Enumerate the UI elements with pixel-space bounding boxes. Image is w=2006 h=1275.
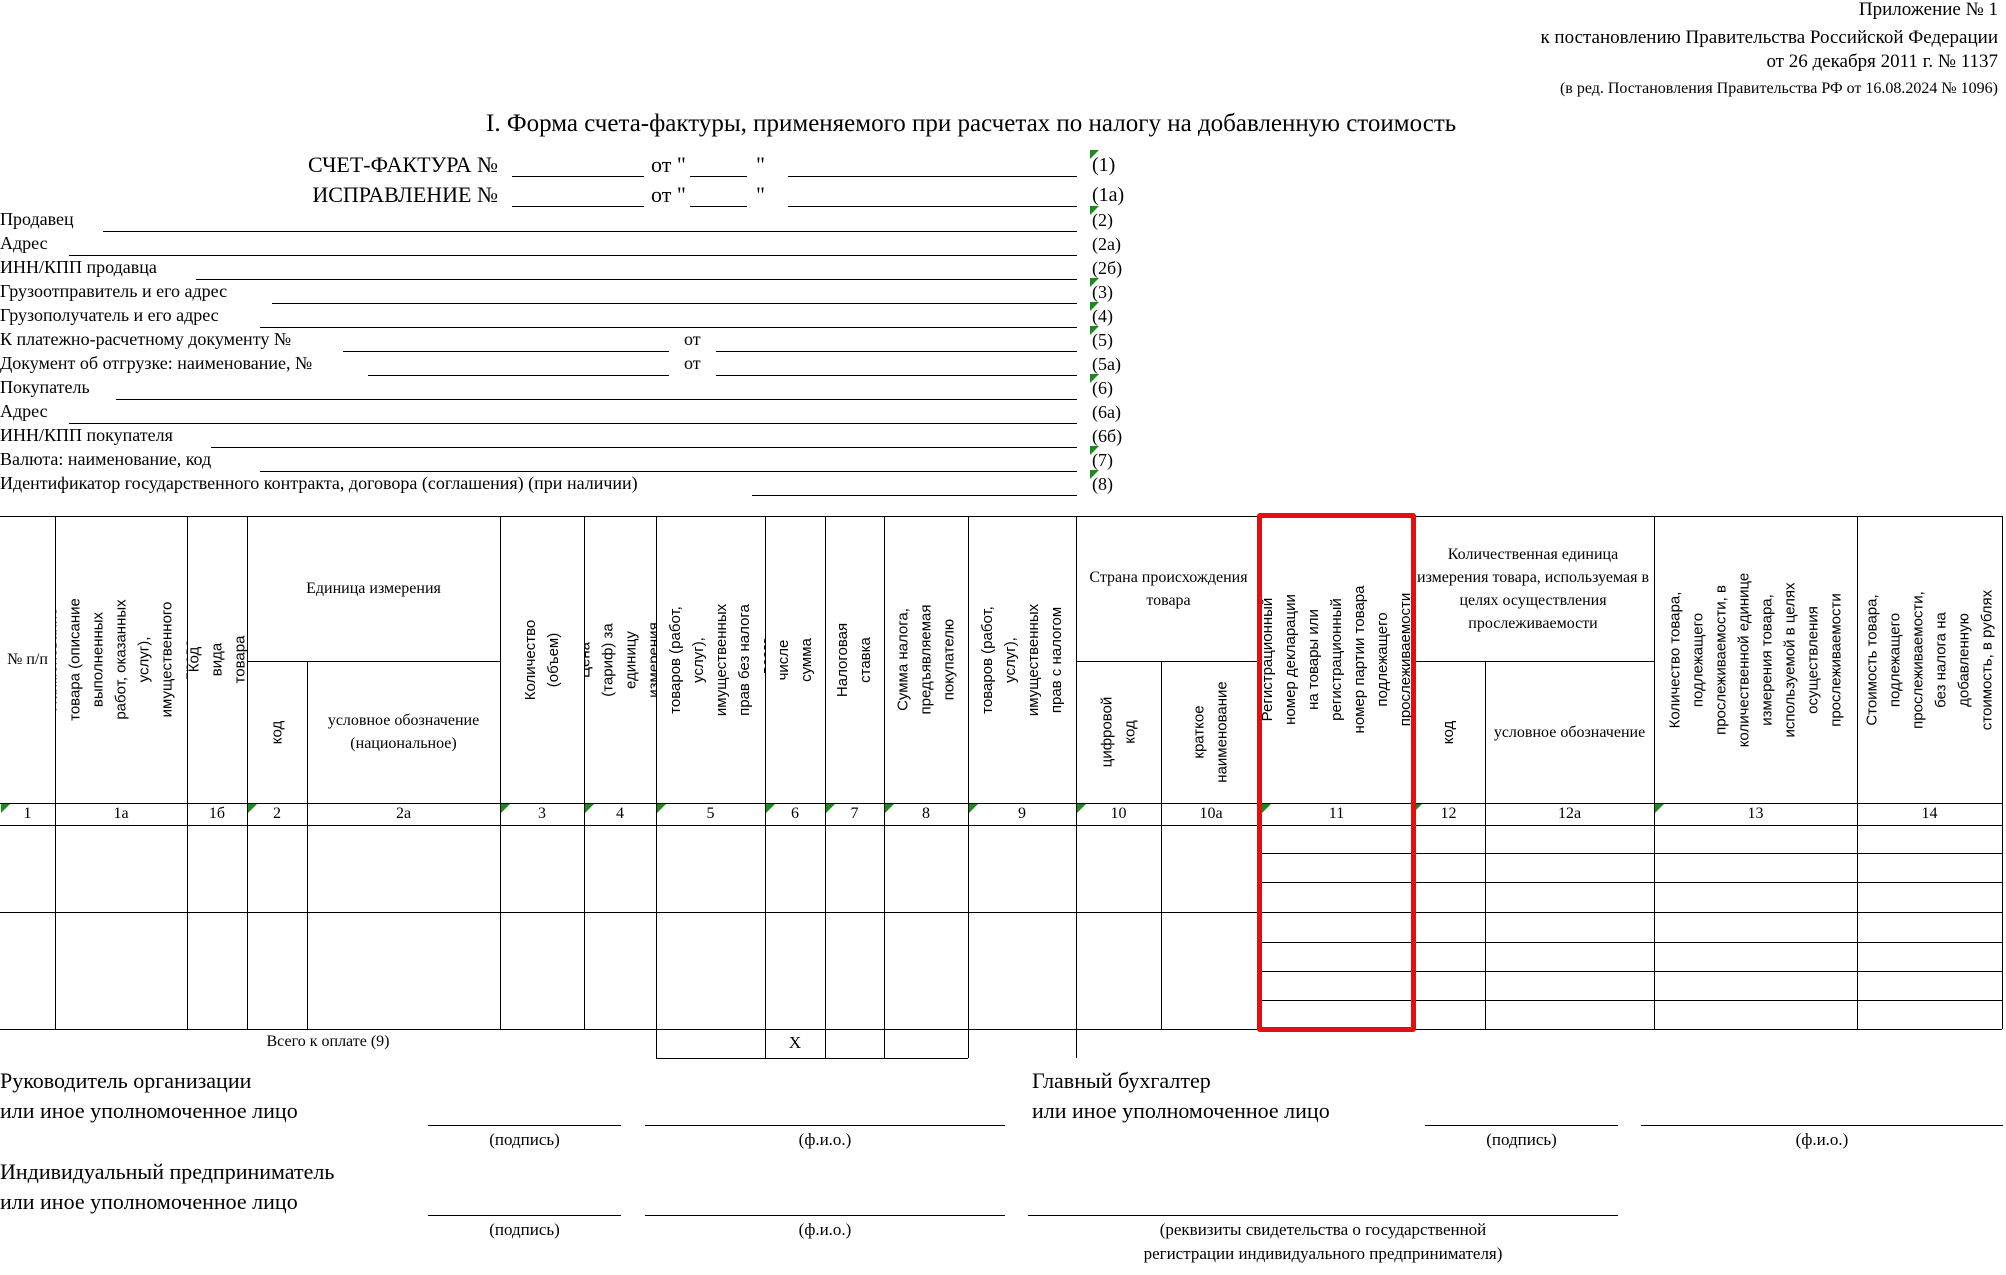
form-title: I. Форма счета-фактуры, применяемого при… xyxy=(486,110,1456,138)
comment-marker-icon xyxy=(1090,326,1099,335)
header-tax-rate: Налоговая ставка xyxy=(825,516,884,803)
comment-marker-icon xyxy=(1090,150,1099,159)
header-cost-without-tax-text: Стоимость товаров (работ, услуг), имущес… xyxy=(656,603,765,715)
header-price: Цена (тариф) за единицу измерения xyxy=(584,516,656,803)
header-country-name: краткое наименование xyxy=(1161,661,1261,803)
field-label: ИНН/КПП покупателя xyxy=(0,425,173,446)
revision-note: (в ред. Постановления Правительства РФ о… xyxy=(1560,80,1998,98)
header-trace-cost-text: Стоимость товара, подлежащего прослежива… xyxy=(1861,587,1999,732)
field-code: (5а) xyxy=(1092,354,1121,375)
field-input[interactable] xyxy=(69,255,1077,256)
field-label: Адрес xyxy=(0,233,48,254)
header-unit-code-text: код xyxy=(266,702,289,762)
head-signature-line[interactable] xyxy=(428,1125,621,1126)
column-number: 4 xyxy=(584,803,656,825)
comment-marker-icon xyxy=(1090,278,1099,287)
appendix-label: Приложение № 1 xyxy=(1859,0,1998,24)
decree-date: от 26 декабря 2011 г. № 1137 xyxy=(1766,48,1998,76)
head-name-caption: (ф.и.о.) xyxy=(645,1130,1005,1150)
table-cell[interactable] xyxy=(970,827,1074,910)
header-tax-amount: Сумма налога, предъявляемая покупателю xyxy=(884,516,968,803)
comment-marker-icon xyxy=(501,804,510,813)
comment-marker-icon xyxy=(1077,804,1086,813)
header-product-type-code-text: Код вида товара xyxy=(187,630,247,690)
column-number: 1а xyxy=(55,803,187,825)
head-signature-caption: (подпись) xyxy=(428,1130,621,1150)
comment-marker-icon xyxy=(1090,374,1099,383)
invoice-number-input[interactable] xyxy=(512,176,644,177)
table-cell[interactable] xyxy=(767,914,823,1027)
field-input[interactable] xyxy=(103,231,1077,232)
row-2-bottom-border xyxy=(0,1029,2002,1030)
field-label: Грузоотправитель и его адрес xyxy=(0,281,227,302)
invoice-month-year-input[interactable] xyxy=(788,206,1077,207)
ip-name-caption: (ф.и.о.) xyxy=(645,1220,1005,1240)
total-tax-amount[interactable] xyxy=(827,1031,907,1056)
total-column-border xyxy=(825,1029,826,1058)
header-unit-code: код xyxy=(247,661,307,803)
invoice-quote-close: " xyxy=(756,152,765,178)
header-trace-quantity: Количество товара, подлежащего прослежив… xyxy=(1654,516,1857,803)
comment-marker-icon xyxy=(1090,446,1099,455)
invoice-line-label: ИСПРАВЛЕНИЕ № xyxy=(312,182,498,208)
total-excise-mark: X xyxy=(765,1033,825,1053)
header-product-name: Наименование товара (описание выполненны… xyxy=(55,516,187,803)
table-cell[interactable] xyxy=(827,827,882,910)
ip-title-1: Индивидуальный предприниматель xyxy=(0,1157,334,1187)
column-number: 5 xyxy=(656,803,765,825)
table-cell[interactable] xyxy=(1078,827,1159,910)
accountant-name-caption: (ф.и.о.) xyxy=(1641,1130,2003,1150)
header-country-group: Страна происхождения товара xyxy=(1076,516,1261,661)
table-cell[interactable] xyxy=(57,914,185,1027)
ip-signature-line[interactable] xyxy=(428,1215,621,1216)
comment-marker-icon xyxy=(1,804,10,813)
column-number: 10 xyxy=(1076,803,1161,825)
accountant-signature-line[interactable] xyxy=(1425,1125,1618,1126)
field-label: Продавец xyxy=(0,209,74,230)
row-1-bottom-border xyxy=(0,912,2002,913)
head-title-1: Руководитель организации xyxy=(0,1066,251,1096)
accountant-name-line[interactable] xyxy=(1641,1125,2003,1126)
table-cell[interactable] xyxy=(1163,914,1259,1027)
field-input[interactable] xyxy=(69,423,1077,424)
invoice-line-label: СЧЕТ-ФАКТУРА № xyxy=(308,152,498,178)
invoice-date-from-label: от " xyxy=(651,152,686,178)
table-cell[interactable] xyxy=(189,827,245,910)
header-row-number: № п/п xyxy=(0,516,55,803)
column-number: 14 xyxy=(1857,803,2002,825)
header-quantity-text: Количество (объем) xyxy=(519,618,565,702)
total-label: Всего к оплате (9) xyxy=(0,1033,656,1051)
header-tax-amount-text: Сумма налога, предъявляемая покупателю xyxy=(892,604,961,714)
invoice-number-input[interactable] xyxy=(512,206,644,207)
invoice-day-input[interactable] xyxy=(690,206,747,207)
header-trace-unit-code-text: код xyxy=(1437,696,1460,769)
total-column-border xyxy=(656,1029,657,1058)
header-product-name-text: Наименование товара (описание выполненны… xyxy=(55,594,187,726)
table-cell[interactable] xyxy=(309,914,498,1027)
number-row-bottom-border xyxy=(0,825,2002,826)
header-trace-unit-code: код xyxy=(1412,661,1485,803)
table-cell[interactable] xyxy=(886,827,966,910)
comment-marker-icon xyxy=(766,804,775,813)
header-unit-group: Единица измерения xyxy=(247,516,500,661)
table-cell[interactable] xyxy=(658,827,763,910)
header-product-type-code: Код вида товара xyxy=(187,516,247,803)
comment-marker-icon xyxy=(657,804,666,813)
total-column-border xyxy=(1076,1029,1077,1058)
table-cell[interactable] xyxy=(309,827,498,910)
total-cost-with-tax[interactable] xyxy=(970,1031,1074,1056)
header-trace-quantity-text: Количество товара, подлежащего прослежив… xyxy=(1664,558,1848,761)
header-trace-unit-symbol: условное обозначение xyxy=(1485,661,1654,803)
field-code: (2а) xyxy=(1092,234,1121,255)
column-number: 2а xyxy=(307,803,500,825)
field-label: Грузополучатель и его адрес xyxy=(0,305,219,326)
table-cell[interactable] xyxy=(658,914,763,1027)
total-row-bottom xyxy=(656,1058,968,1059)
comment-marker-icon xyxy=(585,804,594,813)
field-label: К платежно-расчетному документу № xyxy=(0,329,291,350)
header-cost-with-tax: Стоимость товаров (работ, услуг), имущес… xyxy=(968,516,1076,803)
table-cell[interactable] xyxy=(767,827,823,910)
column-number: 8 xyxy=(884,803,968,825)
comment-marker-icon xyxy=(1090,470,1099,479)
field-label: Покупатель xyxy=(0,377,90,398)
table-cell[interactable] xyxy=(57,827,185,910)
header-cost-without-tax: Стоимость товаров (работ, услуг), имущес… xyxy=(656,516,765,803)
invoice-day-input[interactable] xyxy=(690,176,747,177)
column-number: 1б xyxy=(187,803,247,825)
column-number: 9 xyxy=(968,803,1076,825)
header-country-name-text: краткое наименование xyxy=(1188,681,1234,782)
table-cell[interactable] xyxy=(970,914,1074,1027)
table-cell[interactable] xyxy=(249,914,305,1027)
field-input[interactable] xyxy=(260,471,1077,472)
table-cell[interactable] xyxy=(502,914,582,1027)
table-cell[interactable] xyxy=(1078,914,1159,1027)
field-input[interactable] xyxy=(196,279,1077,280)
comment-marker-icon xyxy=(1655,804,1664,813)
invoice-month-year-input[interactable] xyxy=(788,176,1077,177)
field-input[interactable] xyxy=(211,447,1077,448)
column-border xyxy=(2002,516,2003,1029)
header-country-code: цифровой код xyxy=(1076,661,1161,803)
field-input[interactable] xyxy=(752,495,1077,496)
ip-signature-caption: (подпись) xyxy=(428,1220,621,1240)
field-label: Идентификатор государственного контракта… xyxy=(0,473,638,494)
field-input[interactable] xyxy=(260,327,1077,328)
comment-marker-icon xyxy=(1090,206,1099,215)
field-date-input[interactable] xyxy=(716,351,1077,352)
table-cell[interactable] xyxy=(249,827,305,910)
comment-marker-icon xyxy=(826,804,835,813)
column-number: 12а xyxy=(1485,803,1654,825)
comment-marker-icon xyxy=(969,804,978,813)
header-unit-symbol: условное обозначение (национальное) xyxy=(307,661,500,803)
table-cell[interactable] xyxy=(502,827,582,910)
field-input[interactable] xyxy=(272,303,1077,304)
ip-name-line[interactable] xyxy=(645,1215,1005,1216)
column-number: 13 xyxy=(1654,803,1857,825)
header-country-code-text: цифровой код xyxy=(1096,690,1142,775)
header-trace-cost: Стоимость товара, подлежащего прослежива… xyxy=(1857,516,2002,803)
header-excise: В том числе сумма акциза xyxy=(765,516,825,803)
header-price-text: Цена (тариф) за единицу измерения xyxy=(584,622,656,697)
header-excise-text: В том числе сумма акциза xyxy=(765,630,825,690)
table-cell[interactable] xyxy=(827,914,882,1027)
field-input[interactable] xyxy=(343,351,669,352)
field-input[interactable] xyxy=(116,399,1077,400)
field-code: (6б) xyxy=(1092,426,1122,447)
ip-title-2: или иное уполномоченное лицо xyxy=(0,1187,298,1217)
accountant-title-2: или иное уполномоченное лицо xyxy=(1032,1096,1330,1126)
table-cell[interactable] xyxy=(2,827,53,910)
table-cell[interactable] xyxy=(586,914,654,1027)
column-number: 3 xyxy=(500,803,584,825)
ip-certificate-caption-2: регистрации индивидуального предпринимат… xyxy=(1028,1244,1618,1264)
field-from-label: от xyxy=(684,353,701,374)
header-quantity: Количество (объем) xyxy=(500,516,584,803)
accountant-signature-caption: (подпись) xyxy=(1425,1130,1618,1150)
header-tax-rate-text: Налоговая ставка xyxy=(832,622,878,696)
field-code: (1а) xyxy=(1092,184,1124,207)
comment-marker-icon xyxy=(248,804,257,813)
total-column-border xyxy=(968,1029,969,1058)
field-code: (2б) xyxy=(1092,258,1122,279)
table-cell[interactable] xyxy=(1163,827,1259,910)
comment-marker-icon xyxy=(885,804,894,813)
field-from-label: от xyxy=(684,329,701,350)
ip-certificate-caption-1: (реквизиты свидетельства о государственн… xyxy=(1028,1220,1618,1240)
ip-certificate-line[interactable] xyxy=(1028,1215,1618,1216)
field-label: Адрес xyxy=(0,401,48,422)
field-date-input[interactable] xyxy=(716,375,1077,376)
invoice-quote-close: " xyxy=(756,182,765,208)
table-cell[interactable] xyxy=(2,914,53,1027)
field-code: (6а) xyxy=(1092,402,1121,423)
table-cell[interactable] xyxy=(189,914,245,1027)
field-input[interactable] xyxy=(368,375,669,376)
header-trace-unit-group: Количественная единица измерения товара,… xyxy=(1412,516,1654,661)
header-cost-with-tax-text: Стоимость товаров (работ, услуг), имущес… xyxy=(968,603,1076,715)
field-label: ИНН/КПП продавца xyxy=(0,257,157,278)
column-11-highlight xyxy=(1257,513,1416,1032)
column-number: 10а xyxy=(1161,803,1261,825)
table-cell[interactable] xyxy=(586,827,654,910)
field-label: Валюта: наименование, код xyxy=(0,449,211,470)
comment-marker-icon xyxy=(1090,302,1099,311)
invoice-date-from-label: от " xyxy=(651,182,686,208)
head-name-line[interactable] xyxy=(645,1125,1005,1126)
field-label: Документ об отгрузке: наименование, № xyxy=(0,353,312,374)
total-cost-without-tax[interactable] xyxy=(658,1031,763,1056)
head-title-2: или иное уполномоченное лицо xyxy=(0,1096,298,1126)
accountant-title-1: Главный бухгалтер xyxy=(1032,1066,1211,1096)
column-number: 12 xyxy=(1412,803,1485,825)
table-cell[interactable] xyxy=(886,914,966,1027)
